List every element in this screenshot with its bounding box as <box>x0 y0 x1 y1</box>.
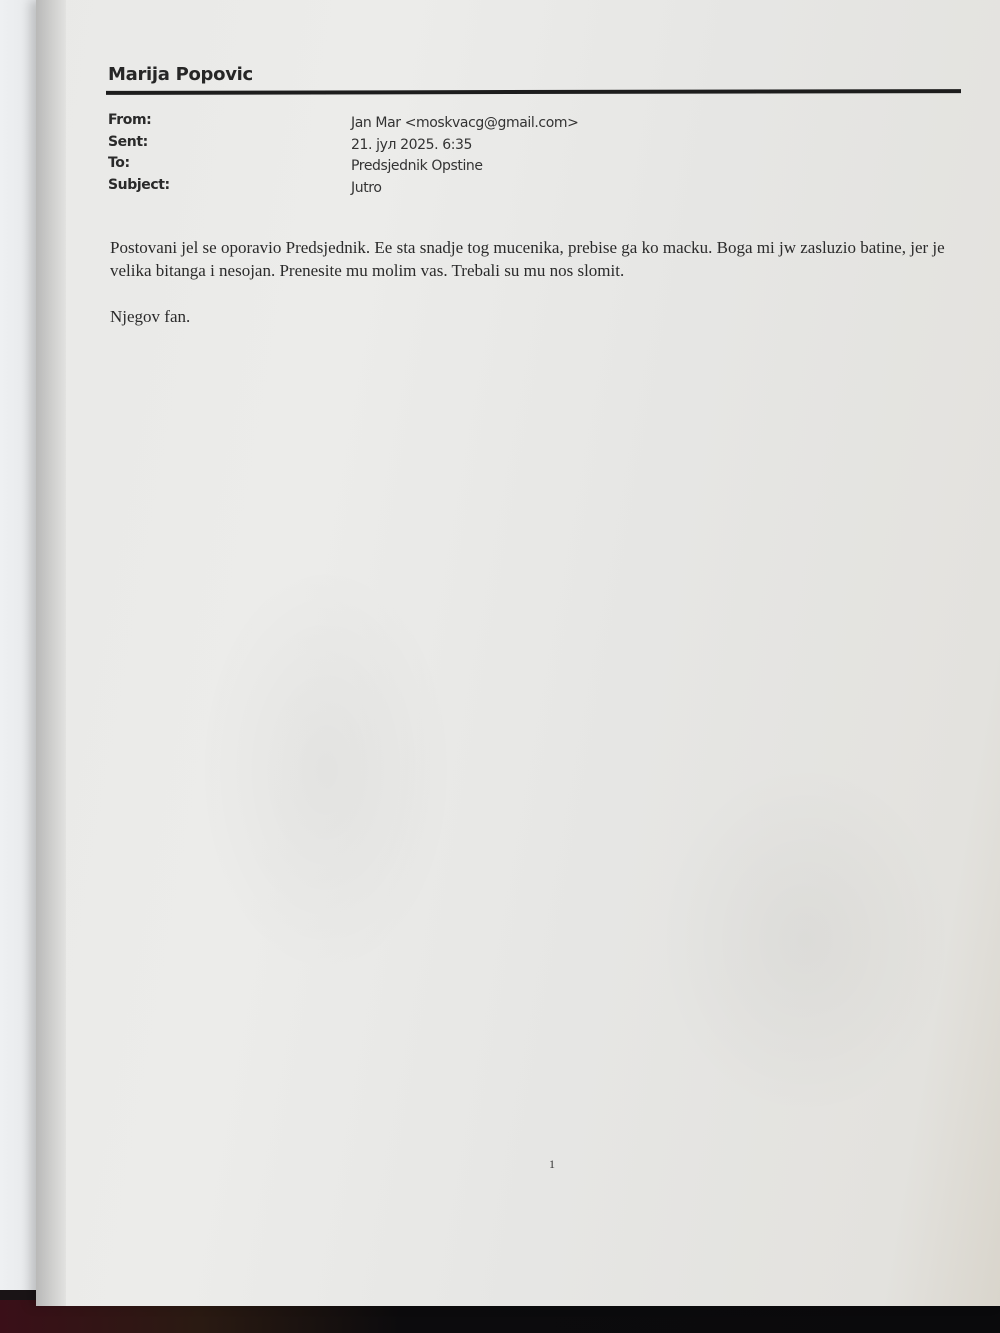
printed-email-page: Marija Popovic From: Jan Mar <moskvacg@g… <box>36 0 1000 1306</box>
meta-value-sent: 21. јул 2025. 6:35 <box>351 137 472 153</box>
paper-crease <box>656 760 956 1120</box>
email-body: Postovani jel se oporavio Predsjednik. E… <box>110 236 960 351</box>
meta-label: Subject: <box>108 177 170 193</box>
body-paragraph: Postovani jel se oporavio Predsjednik. E… <box>110 236 960 282</box>
header-divider <box>106 89 961 95</box>
paper-crease <box>196 560 456 980</box>
meta-label: To: <box>108 155 130 171</box>
sender-name-heading: Marija Popovic <box>108 64 253 85</box>
meta-label: Sent: <box>108 134 148 150</box>
meta-label: From: <box>108 112 151 128</box>
meta-value-subject: Jutro <box>351 180 382 196</box>
meta-value-to: Predsjednik Opstine <box>351 158 483 174</box>
meta-value-from: Jan Mar <moskvacg@gmail.com> <box>351 115 578 131</box>
signature: Njegov fan. <box>110 305 960 328</box>
page-number: 1 <box>549 1157 555 1172</box>
